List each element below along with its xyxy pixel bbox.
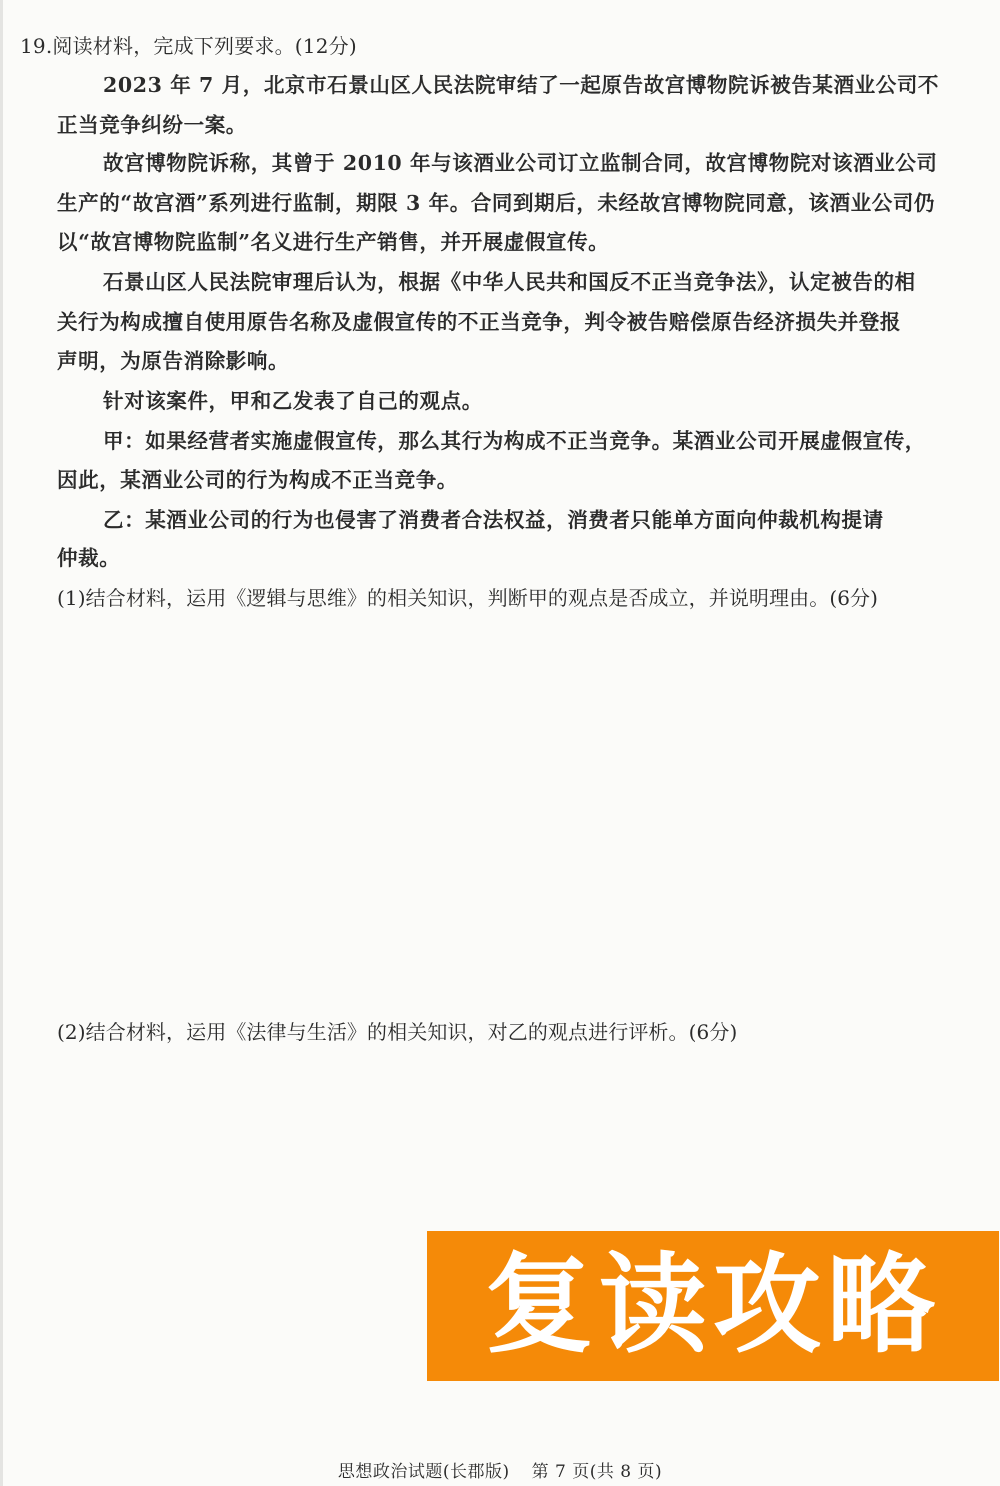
question-title: 19.阅读材料，完成下列要求。(12分) bbox=[20, 34, 357, 58]
viewpoint-yi-line: 乙：某酒业公司的行为也侵害了消费者合法权益，消费者只能单方面向仲裁机构提请 bbox=[103, 508, 884, 532]
watermark-text: 复读攻略 bbox=[485, 1252, 941, 1360]
material-line: 故宫博物院诉称，其曾于 2010 年与该酒业公司订立监制合同，故宫博物院对该酒业… bbox=[103, 151, 938, 175]
material-line: 石景山区人民法院审理后认为，根据《中华人民共和国反不正当竞争法》，认定被告的相 bbox=[103, 270, 916, 294]
footer-page-number: 第 7 页(共 8 页) bbox=[532, 1462, 663, 1482]
sub-question-1: (1)结合材料，运用《逻辑与思维》的相关知识，判断甲的观点是否成立，并说明理由。… bbox=[57, 586, 878, 610]
material-line: 声明，为原告消除影响。 bbox=[57, 349, 289, 373]
footer-subject: 思想政治试题(长郡版) bbox=[338, 1462, 510, 1482]
material-line: 以“故宫博物院监制”名义进行生产销售，并开展虚假宣传。 bbox=[57, 230, 609, 254]
sub-question-2: (2)结合材料，运用《法律与生活》的相关知识，对乙的观点进行评析。(6分) bbox=[57, 1020, 737, 1044]
watermark-banner: 复读攻略 bbox=[427, 1231, 999, 1381]
material-line: 2023 年 7 月，北京市石景山区人民法院审结了一起原告故宫博物院诉被告某酒业… bbox=[103, 73, 939, 97]
material-line: 正当竞争纠纷一案。 bbox=[57, 113, 247, 137]
material-line: 针对该案件，甲和乙发表了自己的观点。 bbox=[103, 389, 483, 413]
viewpoint-yi-line: 仲裁。 bbox=[57, 546, 120, 570]
page-left-edge bbox=[0, 0, 3, 1486]
material-line: 关行为构成擅自使用原告名称及虚假宣传的不正当竞争，判令被告赔偿原告经济损失并登报 bbox=[57, 310, 901, 334]
viewpoint-jia-line: 因此，某酒业公司的行为构成不正当竞争。 bbox=[57, 468, 458, 492]
material-line: 生产的“故宫酒”系列进行监制，期限 3 年。合同到期后，未经故宫博物院同意，该酒… bbox=[57, 191, 935, 215]
viewpoint-jia-line: 甲：如果经营者实施虚假宣传，那么其行为构成不正当竞争。某酒业公司开展虚假宣传， bbox=[103, 429, 926, 453]
page-footer: 思想政治试题(长郡版)第 7 页(共 8 页) bbox=[0, 1457, 1000, 1482]
